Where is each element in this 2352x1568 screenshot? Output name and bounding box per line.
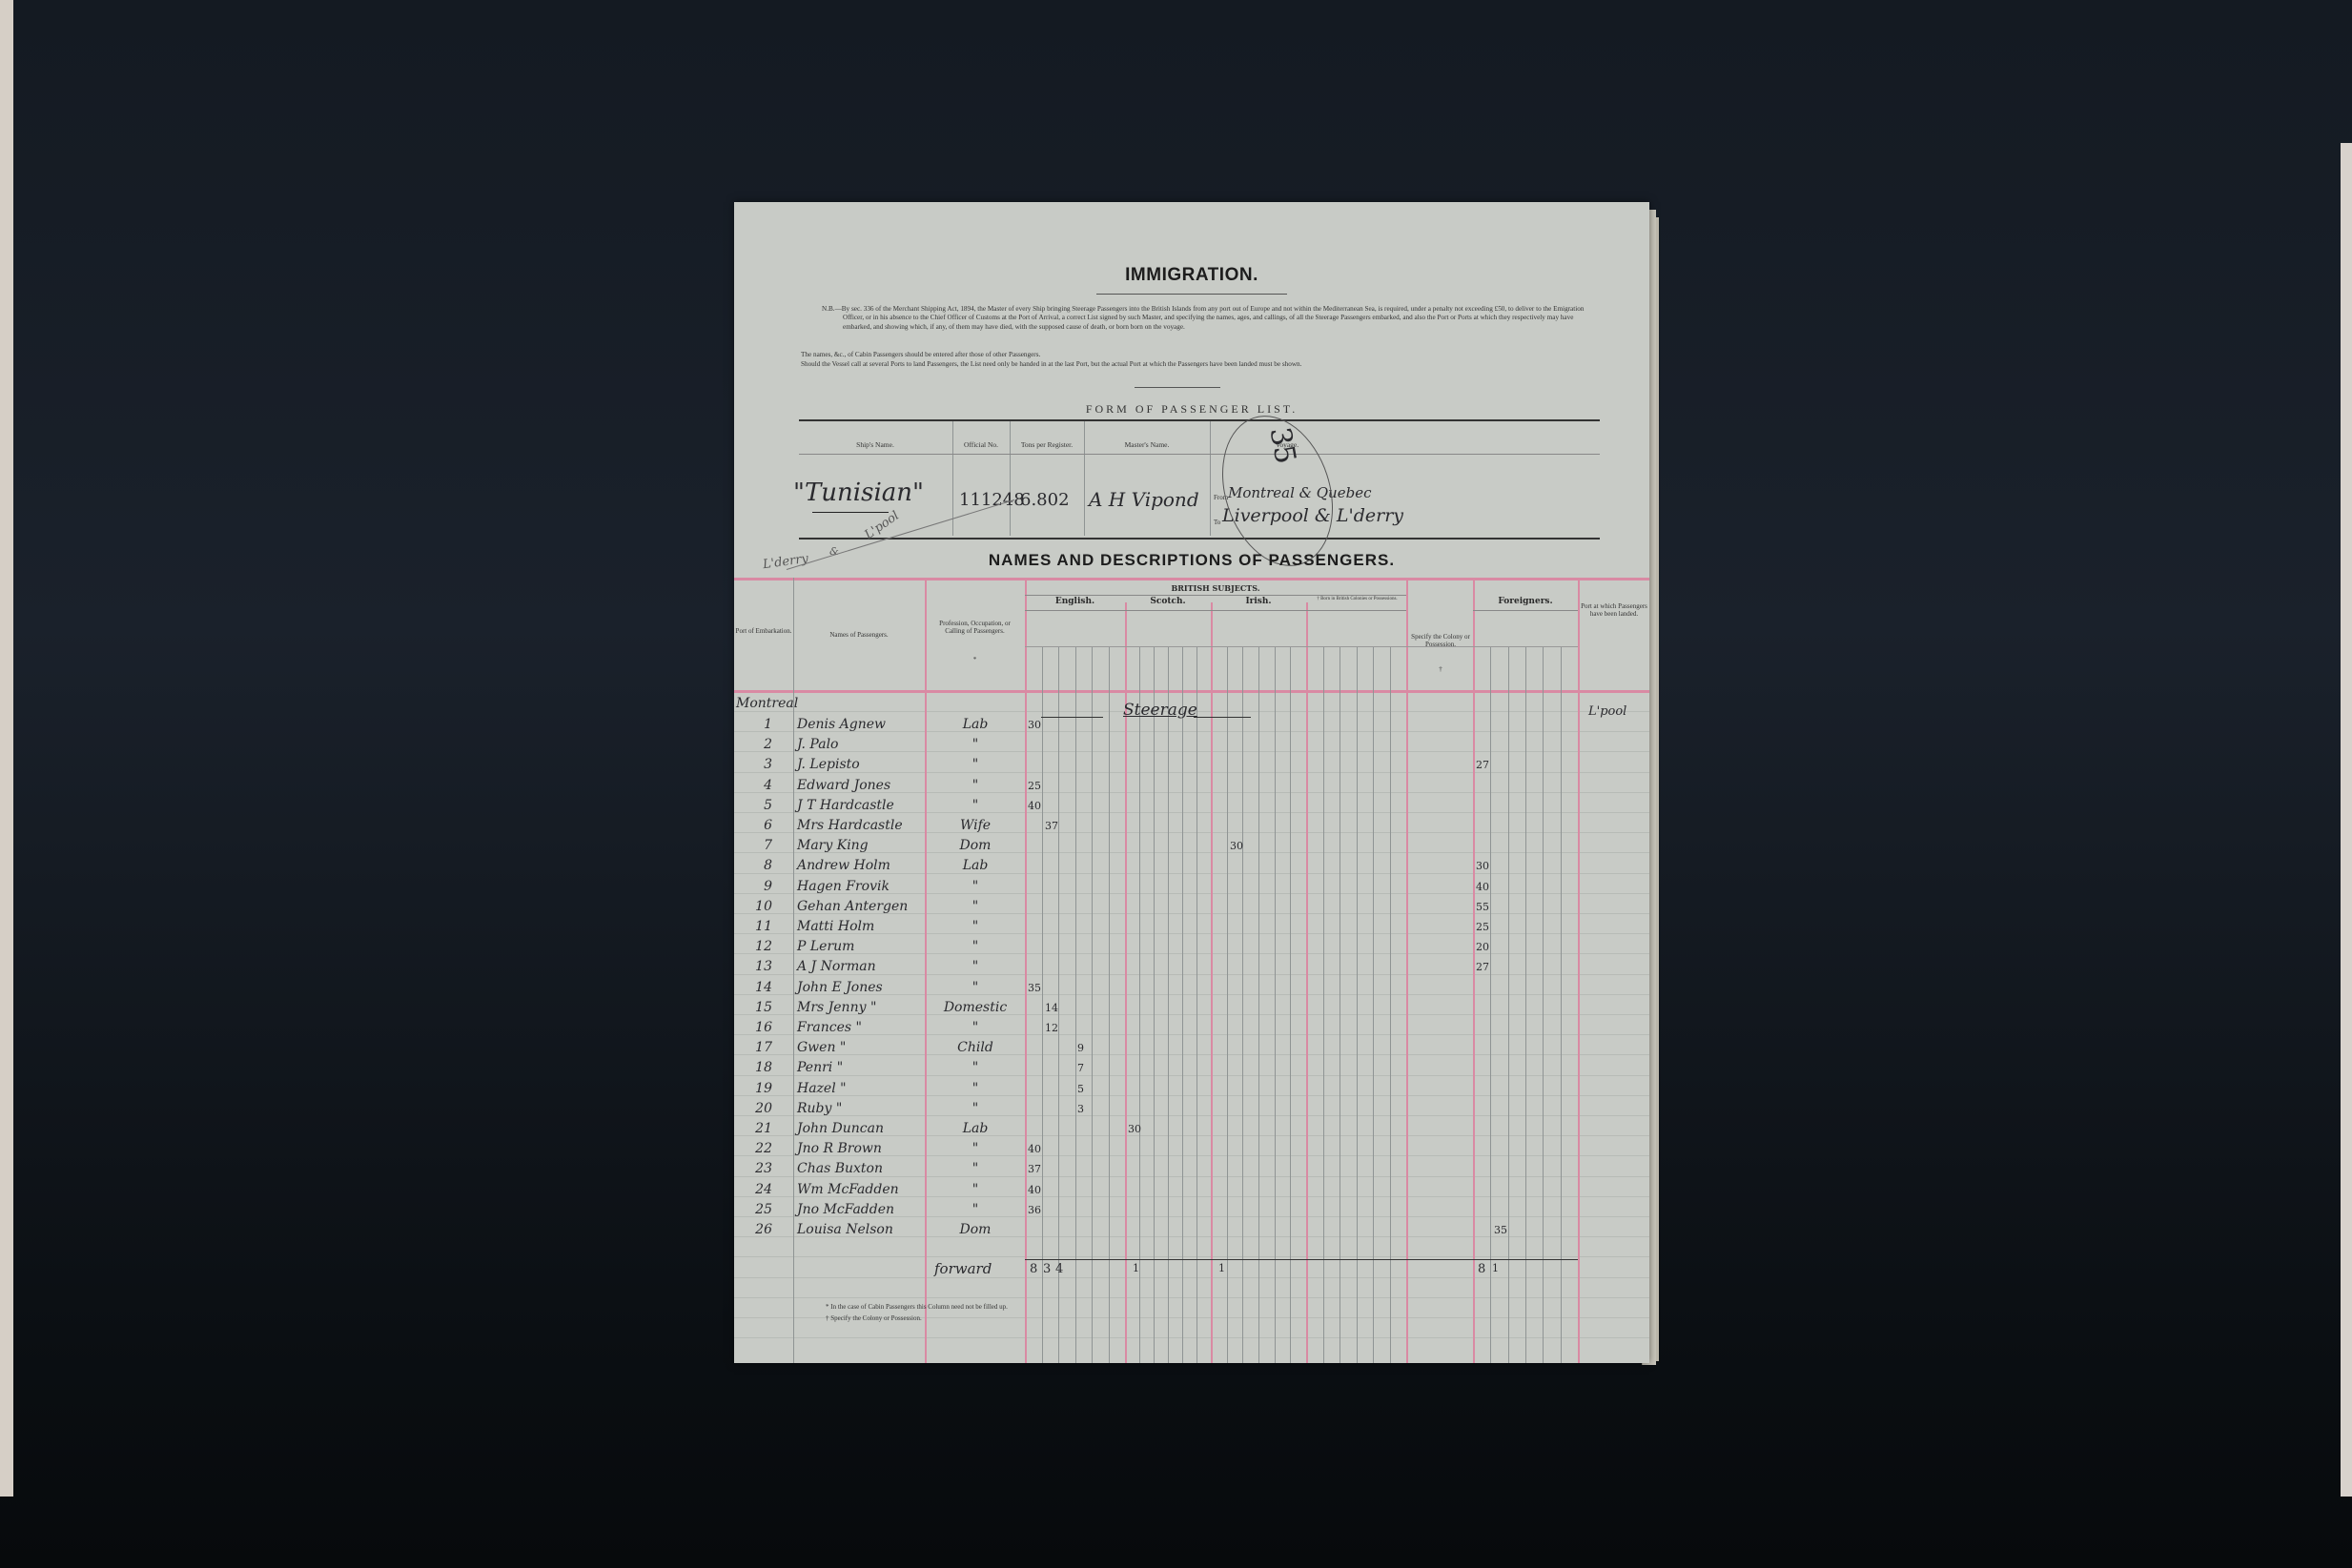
passenger-occupation: " [932,1202,1018,1217]
passenger-age: 40 [1028,1143,1041,1155]
ruled-line [734,751,1649,752]
passenger-name: Hazel " [797,1081,847,1096]
passenger-age: 14 [1045,1002,1058,1014]
sub-column-line [1508,646,1509,1363]
passenger-occupation: " [932,899,1018,914]
passenger-occupation: " [932,939,1018,954]
sub-column-line [1227,646,1228,1363]
passenger-name: Chas Buxton [797,1161,883,1176]
row-number: 1 [744,717,772,732]
english-header: English. [1025,597,1125,606]
row-number: 25 [744,1202,772,1217]
table-top-pink-rule [734,578,1649,580]
row-number: 16 [744,1020,772,1035]
master-header: Master's Name. [1085,440,1209,449]
passenger-age: 37 [1028,1163,1041,1175]
sub-column-line [1196,646,1197,1363]
passenger-name: A J Norman [797,959,876,974]
passenger-name: Gwen " [797,1040,846,1055]
ruled-line [734,1054,1649,1055]
passenger-name: John Duncan [797,1121,884,1136]
foreigners-header: Foreigners. [1473,597,1578,606]
ruled-line [734,1297,1649,1298]
passenger-occupation: Dom [932,1222,1018,1237]
passenger-age: 40 [1476,881,1489,893]
scotch-header: Scotch. [1125,597,1211,606]
row-number: 22 [744,1141,772,1156]
row-number: 18 [744,1060,772,1075]
passenger-age: 25 [1028,780,1041,792]
to-label: To [1214,519,1220,526]
total-english-m-adult: 8 [1030,1262,1037,1276]
document-heading: IMMIGRATION. [734,265,1649,286]
passenger-name: J T Hardcastle [797,798,894,813]
ship-name-value: "Tunisian" [793,479,924,507]
passenger-name: Gehan Antergen [797,899,908,914]
passenger-age: 25 [1476,921,1489,933]
ruled-line [734,1095,1649,1096]
ship-table-top-rule [799,419,1600,421]
row-number: 6 [744,818,772,833]
total-english-f-child: 4 [1055,1262,1063,1276]
ship-name-header: Ship's Name. [799,440,951,449]
sub-column-line [1323,646,1324,1363]
row-number: 20 [744,1101,772,1116]
passenger-age: 55 [1476,901,1489,913]
passenger-name: Mrs Hardcastle [797,818,903,833]
sub-column-line [1242,646,1243,1363]
col-line [925,578,927,1363]
sub-column-line [1490,646,1491,1363]
notice-ports: Should the Vessel call at several Ports … [801,360,1573,369]
ruled-line [734,772,1649,773]
official-no-header: Official No. [953,440,1009,449]
passenger-name: Andrew Holm [797,858,890,873]
row-number: 21 [744,1121,772,1136]
british-subjects-header: BRITISH SUBJECTS. [1025,583,1406,593]
passenger-age: 9 [1077,1042,1084,1054]
tons-value: 6.802 [1020,490,1070,510]
row-number: 9 [744,879,772,894]
passenger-age: 3 [1077,1103,1084,1115]
passenger-name: J. Palo [797,737,838,752]
sub-column-line [1275,646,1276,1363]
ruled-line [734,1115,1649,1116]
sub-column-line [1390,646,1391,1363]
sub-column-line [1357,646,1358,1363]
ship-header-rule [799,454,1600,455]
passenger-age: 36 [1028,1204,1041,1216]
profession-mark: * [934,656,1015,663]
passenger-occupation: " [932,919,1018,934]
passenger-list-page: IMMIGRATION. N.B.—By sec. 336 of the Mer… [734,202,1649,1363]
foreign-rule [1473,610,1578,611]
passenger-occupation: Lab [932,858,1018,873]
sub-column-line [1168,646,1169,1363]
passenger-occupation: Child [932,1040,1018,1055]
sub-column-line [1058,646,1059,1363]
steerage-label: Steerage [1123,701,1197,720]
passenger-occupation: Lab [932,1121,1018,1136]
passenger-name: Penri " [797,1060,843,1075]
passenger-name: Frances " [797,1020,862,1035]
row-number: 12 [744,939,772,954]
total-scotch-m-adult: 1 [1133,1262,1139,1274]
ruled-line [734,1034,1649,1035]
left-edge-strip [0,0,13,1497]
port-landed-value: L'pool [1588,704,1626,719]
sub-column-line [1092,646,1093,1363]
passenger-age: 20 [1476,941,1489,953]
sub-column-line [1109,646,1110,1363]
passenger-occupation: Lab [932,717,1018,732]
passenger-age: 30 [1476,860,1489,872]
passenger-occupation: Domestic [932,1000,1018,1015]
passenger-occupation: " [932,1141,1018,1156]
passenger-occupation: " [932,1101,1018,1116]
steerage-rule-left [1041,717,1103,718]
passenger-occupation: " [932,798,1018,813]
ruled-line [734,953,1649,954]
row-number: 2 [744,737,772,752]
sub-column-line [1340,646,1340,1363]
passenger-occupation: Wife [932,818,1018,833]
ship-name-underline [812,512,889,513]
row-number: 14 [744,980,772,995]
passenger-age: 35 [1494,1224,1507,1236]
sub-column-line [1290,646,1291,1363]
right-edge-strip [2341,143,2352,1497]
passenger-age: 27 [1476,961,1489,973]
sub-column-line [1561,646,1562,1363]
passenger-name: Louisa Nelson [797,1222,893,1237]
passenger-age: 30 [1230,840,1243,852]
sub-column-line [1258,646,1259,1363]
total-foreign-m-adult: 8 [1478,1262,1485,1276]
sub-column-line [1042,646,1043,1363]
row-number: 3 [744,757,772,772]
passenger-name: J. Lepisto [797,757,860,772]
passenger-occupation: " [932,1020,1018,1035]
sub-column-line [1139,646,1140,1363]
port-landed-header: Port at which Passengers have been lande… [1581,602,1647,618]
passenger-occupation: " [932,757,1018,772]
passenger-name: Wm McFadden [797,1182,899,1197]
row-number: 15 [744,1000,772,1015]
footnote-cabin: * In the case of Cabin Passengers this C… [826,1302,1008,1313]
col-line [1306,602,1308,1363]
passenger-name: Jno McFadden [797,1202,894,1217]
ship-col-divider [1210,421,1211,536]
colonies-header: † Born in British Colonies or Possession… [1308,597,1406,602]
sub-column-line [1543,646,1544,1363]
ruled-line [734,1337,1649,1338]
row-number: 7 [744,838,772,853]
row-number: 19 [744,1081,772,1096]
sub-column-line [1525,646,1526,1363]
british-rule [1025,595,1406,596]
totals-rule [1025,1259,1578,1260]
ship-table-bottom-rule [799,538,1600,540]
passenger-occupation: " [932,1081,1018,1096]
total-english-f-adult: 3 [1043,1262,1051,1276]
form-title: FORM OF PASSENGER LIST. [734,402,1649,417]
divider [1096,294,1287,295]
row-number: 5 [744,798,772,813]
passenger-name: Hagen Frovik [797,879,890,894]
passenger-age: 30 [1128,1123,1141,1135]
ruled-line [734,1256,1649,1257]
passenger-name: Mrs Jenny " [797,1000,876,1015]
total-foreign-f-adult: 1 [1492,1262,1499,1274]
passenger-age: 40 [1028,1184,1041,1196]
passenger-age: 7 [1077,1062,1084,1074]
names-header: Names of Passengers. [793,631,925,639]
passenger-name: Ruby " [797,1101,842,1116]
col-line [1578,578,1580,1363]
passenger-age: 5 [1077,1083,1084,1095]
row-number: 11 [744,919,772,934]
passenger-age: 35 [1028,982,1041,994]
passenger-name: Mary King [797,838,869,853]
passenger-age: 40 [1028,800,1041,812]
ruled-line [734,1277,1649,1278]
col-line [1025,578,1027,1363]
profession-header: Profession, Occupation, or Calling of Pa… [934,620,1015,635]
footnote-colony: † Specify the Colony or Possession. [826,1313,922,1324]
col-line [1406,578,1408,1363]
row-number: 17 [744,1040,772,1055]
ruled-line [734,852,1649,853]
row-number: 24 [744,1182,772,1197]
passenger-occupation: " [932,737,1018,752]
passenger-name: P Lerum [797,939,854,954]
row-number: 10 [744,899,772,914]
total-irish-f-adult: 1 [1218,1262,1225,1274]
port-embarkation-value: Montreal [736,696,798,711]
steerage-rule-right [1194,717,1251,718]
sub-column-line [1373,646,1374,1363]
row-number: 13 [744,959,772,974]
notice-cabin: The names, &c., of Cabin Passengers shou… [801,351,1554,359]
divider [1135,387,1220,388]
passenger-age: 12 [1045,1022,1058,1034]
nation-rule [1025,610,1406,611]
sub-column-line [1154,646,1155,1363]
passenger-age: 27 [1476,759,1489,771]
passenger-occupation: Dom [932,838,1018,853]
passenger-name: Edward Jones [797,778,890,793]
notice-nb: N.B.—By sec. 336 of the Merchant Shippin… [822,305,1596,332]
passenger-occupation: " [932,1161,1018,1176]
col-line [1473,578,1475,1363]
passenger-name: Jno R Brown [797,1141,882,1156]
passenger-age: 30 [1028,719,1041,731]
passenger-occupation: " [932,959,1018,974]
totals-label: forward [934,1260,992,1277]
sub-column-line [1075,646,1076,1363]
tons-header: Tons per Register. [1011,440,1083,449]
passenger-name: John E Jones [797,980,883,995]
master-name-value: A H Vipond [1089,488,1199,511]
row-number: 4 [744,778,772,793]
table-header-pink-rule [734,690,1649,693]
row-number: 23 [744,1161,772,1176]
row-number: 8 [744,858,772,873]
ruled-line [734,1075,1649,1076]
irish-header: Irish. [1211,597,1306,606]
passenger-occupation: " [932,980,1018,995]
passenger-name: Matti Holm [797,919,874,934]
passenger-occupation: " [932,879,1018,894]
passenger-occupation: " [932,778,1018,793]
section-title: NAMES AND DESCRIPTIONS OF PASSENGERS. [734,551,1649,570]
specify-mark: † [1411,665,1470,673]
port-embarkation-header: Port of Embarkation. [734,627,793,635]
ship-col-divider [1010,421,1011,536]
passenger-name: Denis Agnew [797,717,886,732]
sex-rule [1025,646,1578,647]
sub-column-line [1182,646,1183,1363]
ship-col-divider [1084,421,1085,536]
circled-number: 35 [1263,425,1302,467]
row-number: 26 [744,1222,772,1237]
passenger-age: 37 [1045,820,1058,832]
passenger-occupation: " [932,1182,1018,1197]
passenger-occupation: " [932,1060,1018,1075]
